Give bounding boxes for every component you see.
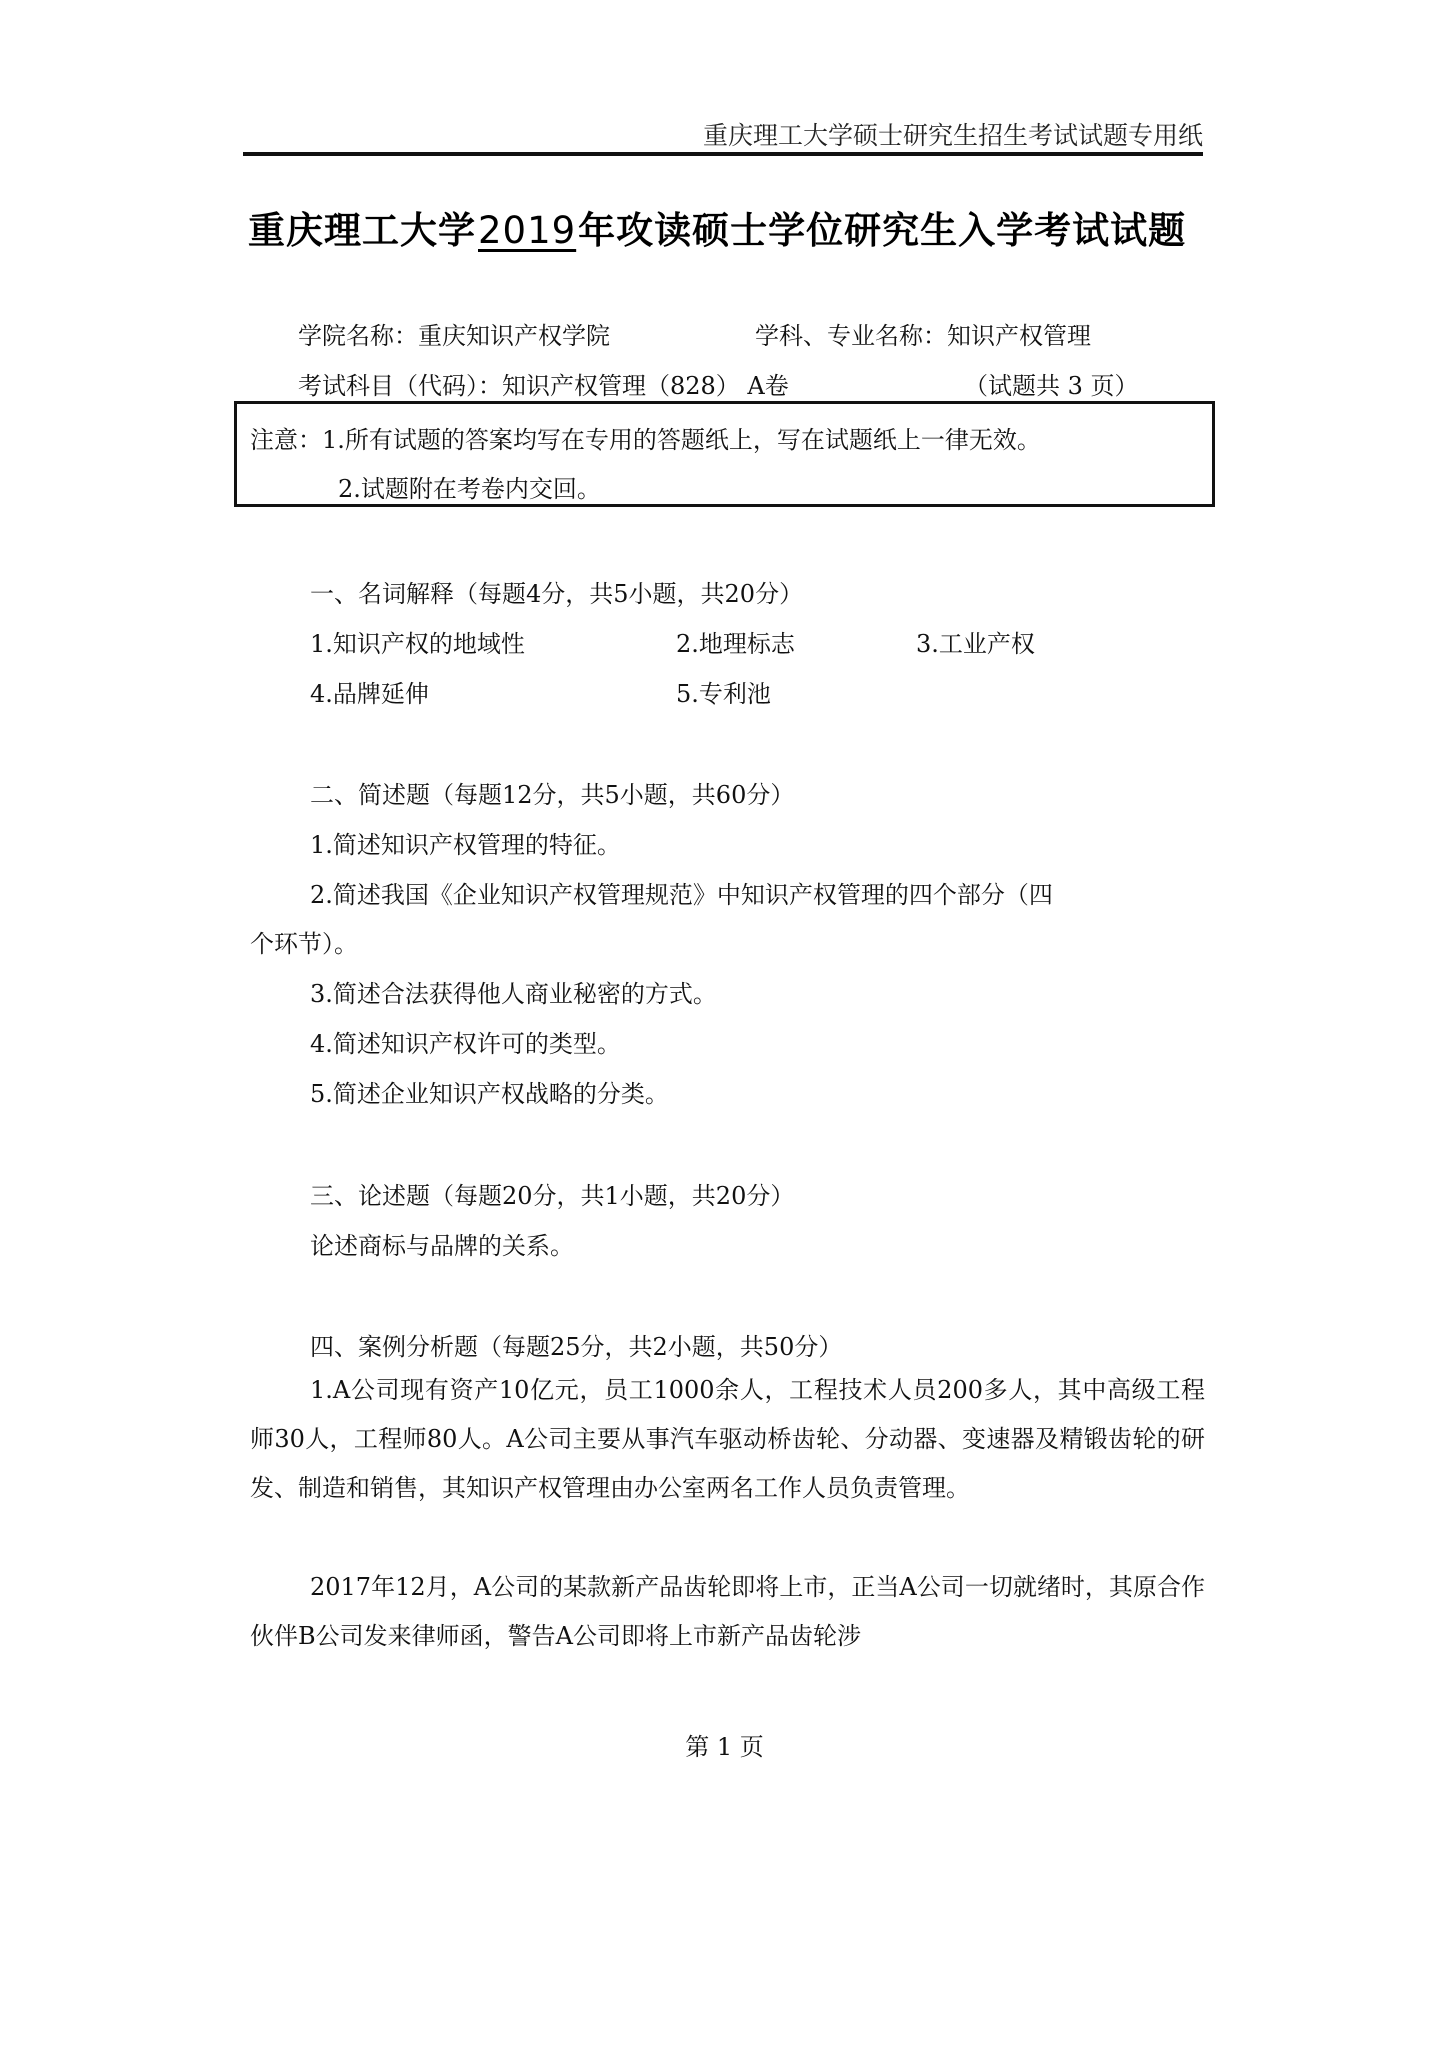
section-2-item-4: 4.简述知识产权许可的类型。	[310, 1024, 621, 1059]
exam-page: 重庆理工大学硕士研究生招生考试试题专用纸 重庆理工大学2019年攻读硕士学位研究…	[0, 0, 1449, 2046]
section-1-heading: 一、名词解释（每题4分，共5小题，共20分）	[310, 574, 803, 609]
section-1-item-1: 1.知识产权的地域性	[310, 624, 525, 659]
notice-line-2: 2.试题附在考卷内交回。	[338, 469, 601, 504]
section-2-item-5: 5.简述企业知识产权战略的分类。	[310, 1074, 669, 1109]
section-1-item-5: 5.专利池	[676, 674, 771, 709]
section-2-item-1: 1.简述知识产权管理的特征。	[310, 825, 621, 860]
exam-title-prefix: 重庆理工大学	[248, 209, 476, 252]
section-3-item-1: 论述商标与品牌的关系。	[310, 1226, 574, 1261]
running-header: 重庆理工大学硕士研究生招生考试试题专用纸	[703, 116, 1203, 152]
page-number: 第 1 页	[0, 1727, 1449, 1762]
section-1-item-2: 2.地理标志	[676, 624, 795, 659]
section-1-item-3: 3.工业产权	[916, 624, 1035, 659]
section-2-item-2: 2.简述我国《企业知识产权管理规范》中知识产权管理的四个部分（四	[310, 875, 1053, 910]
exam-title-year: 2019	[476, 209, 578, 252]
page-count: （试题共 3 页）	[964, 366, 1139, 401]
section-2-item-3: 3.简述合法获得他人商业秘密的方式。	[310, 974, 717, 1009]
case-1-paragraph-1: 1.A公司现有资产10亿元，员工1000余人，工程技术人员200多人，其中高级工…	[250, 1366, 1205, 1513]
college-name: 学院名称：重庆知识产权学院	[298, 316, 610, 351]
section-3-heading: 三、论述题（每题20分，共1小题，共20分）	[310, 1176, 794, 1211]
section-2-item-2-cont: 个环节）。	[250, 924, 358, 959]
section-2-heading: 二、简述题（每题12分，共5小题，共60分）	[310, 775, 794, 810]
exam-subject: 考试科目（代码）：知识产权管理（828） A卷	[298, 366, 789, 401]
exam-title: 重庆理工大学2019年攻读硕士学位研究生入学考试试题	[248, 200, 1208, 254]
major-name: 学科、专业名称：知识产权管理	[755, 316, 1091, 351]
header-rule	[243, 152, 1203, 156]
section-1-item-4: 4.品牌延伸	[310, 674, 429, 709]
exam-title-suffix: 年攻读硕士学位研究生入学考试试题	[578, 209, 1186, 252]
section-4-heading: 四、案例分析题（每题25分，共2小题，共50分）	[310, 1327, 842, 1362]
case-1-paragraph-2: 2017年12月，A公司的某款新产品齿轮即将上市，正当A公司一切就绪时，其原合作…	[250, 1563, 1205, 1661]
notice-line-1: 注意：1.所有试题的答案均写在专用的答题纸上，写在试题纸上一律无效。	[250, 420, 1041, 455]
